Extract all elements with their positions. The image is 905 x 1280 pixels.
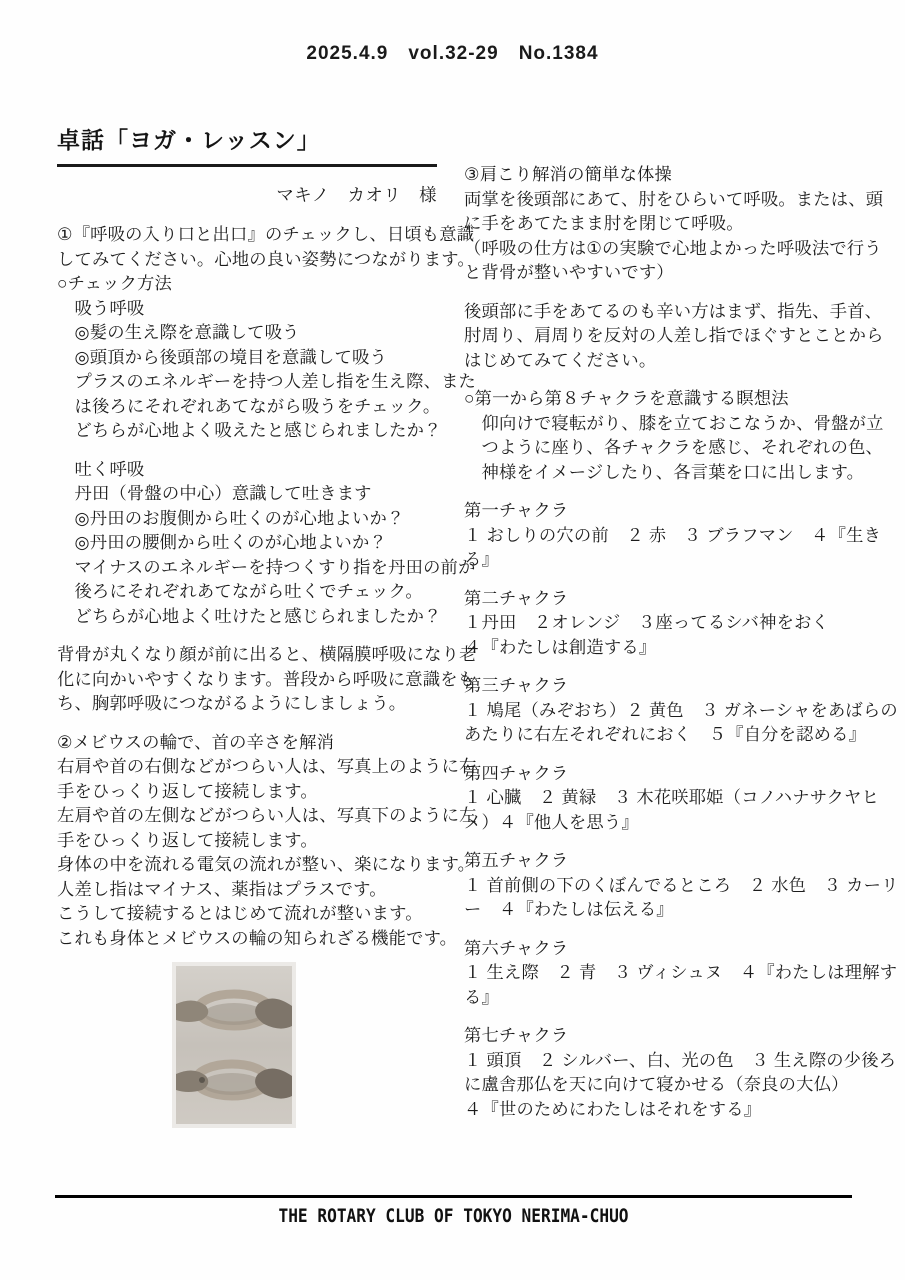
text-line: 吸う呼吸: [57, 296, 437, 321]
club-name: THE ROTARY CLUB OF TOKYO NERIMA-CHUO: [115, 1198, 792, 1227]
text-line: る』: [464, 547, 854, 572]
text-line: どちらが心地よく吐けたと感じられましたか？: [57, 604, 437, 629]
mobius-hands-photo: [172, 962, 296, 1128]
text-line: 後頭部に手をあてるのも辛い方はまず、指先、手首、: [464, 299, 854, 324]
text-line: 第五チャクラ: [464, 848, 854, 873]
text-line: ①『呼吸の入り口と出口』のチェックし、日頃も意識: [57, 222, 437, 247]
text-line: マイナスのエネルギーを持つくすり指を丹田の前か: [57, 555, 437, 580]
text-line: ◎頭頂から後頭部の境目を意識して吸う: [57, 345, 437, 370]
text-line: [464, 1009, 854, 1023]
text-line: 第三チャクラ: [464, 673, 854, 698]
left-column: 卓話「ヨガ・レッスン」 マキノ カオリ 様 ①『呼吸の入り口と出口』のチェックし…: [57, 0, 437, 1128]
text-line: ◎丹田の腰側から吐くのが心地よいか？: [57, 530, 437, 555]
text-line: 化に向かいやすくなります。普段から呼吸に意識をも: [57, 667, 437, 692]
text-line: プラスのエネルギーを持つ人差し指を生え際、また: [57, 369, 437, 394]
text-line: に手をあてたまま肘を閉じて呼吸。: [464, 211, 854, 236]
footer-rule: THE ROTARY CLUB OF TOKYO NERIMA-CHUO: [55, 1195, 852, 1227]
text-line: 仰向けで寝転がり、膝を立ておこなうか、骨盤が立: [464, 411, 854, 436]
text-line: [464, 834, 854, 848]
text-line: ４『世のためにわたしはそれをする』: [464, 1097, 854, 1122]
text-line: [57, 443, 437, 457]
text-line: 第七チャクラ: [464, 1023, 854, 1048]
text-line: [464, 572, 854, 586]
text-line: 第二チャクラ: [464, 586, 854, 611]
text-line: 丹田（骨盤の中心）意識して吐きます: [57, 481, 437, 506]
text-line: １ 頭頂 ２ シルバー、白、光の色 ３ 生え際の少後ろ: [464, 1048, 854, 1073]
text-line: 身体の中を流れる電気の流れが整い、楽になります。: [57, 852, 437, 877]
text-line: に盧舎那仏を天に向けて寝かせる（奈良の大仏）: [464, 1072, 854, 1097]
left-column-text: ①『呼吸の入り口と出口』のチェックし、日頃も意識してみてください。心地の良い姿勢…: [57, 222, 437, 950]
text-line: ◎髪の生え際を意識して吸う: [57, 320, 437, 345]
text-line: １ 首前側の下のくぼんでるところ ２ 水色 ３ カーリ: [464, 873, 854, 898]
text-line: １ おしりの穴の前 ２ 赤 ３ ブラフマン ４『生き: [464, 523, 854, 548]
text-line: １ 生え際 ２ 青 ３ ヴィシュヌ ４『わたしは理解す: [464, 960, 854, 985]
text-line: ち、胸郭呼吸につながるようにしましょう。: [57, 691, 437, 716]
text-line: してみてください。心地の良い姿勢につながります。: [57, 247, 437, 272]
article-title: 卓話「ヨガ・レッスン」: [57, 122, 437, 167]
text-line: こうして接続するとはじめて流れが整います。: [57, 901, 437, 926]
text-line: つように座り、各チャクラを感じ、それぞれの色、: [464, 435, 854, 460]
text-line: ー ４『わたしは伝える』: [464, 897, 854, 922]
text-line: １ 鳩尾（みぞおち）２ 黄色 ３ ガネーシャをあばらの: [464, 698, 854, 723]
text-line: 両掌を後頭部にあて、肘をひらいて呼吸。または、頭: [464, 187, 854, 212]
text-line: １ 心臓 ２ 黄緑 ３ 木花咲耶姫（コノハナサクヤヒ: [464, 785, 854, 810]
text-line: [57, 716, 437, 730]
main-content: 卓話「ヨガ・レッスン」 マキノ カオリ 様 ①『呼吸の入り口と出口』のチェックし…: [57, 0, 854, 1128]
text-line: 肘周り、肩周りを反対の人差し指でほぐすとことから: [464, 323, 854, 348]
text-line: [464, 922, 854, 936]
text-line: ③肩こり解消の簡単な体操: [464, 162, 854, 187]
text-line: 吐く呼吸: [57, 457, 437, 482]
text-line: あたりに右左それぞれにおく ５『自分を認める』: [464, 722, 854, 747]
text-line: ○第一から第８チャクラを意識する瞑想法: [464, 386, 854, 411]
text-line: る』: [464, 985, 854, 1010]
text-line: 後ろにそれぞれあてながら吐くでチェック。: [57, 579, 437, 604]
newsletter-page: 2025.4.9 vol.32-29 No.1384 卓話「ヨガ・レッスン」 マ…: [0, 0, 905, 1280]
text-line: [57, 628, 437, 642]
text-line: と背骨が整いやすいです）: [464, 260, 854, 285]
text-line: [464, 372, 854, 386]
text-line: 神様をイメージしたり、各言葉を口に出します。: [464, 460, 854, 485]
text-line: 左肩や首の左側などがつらい人は、写真下のように左: [57, 803, 437, 828]
text-line: [464, 285, 854, 299]
text-line: 背骨が丸くなり顔が前に出ると、横隔膜呼吸になり老: [57, 642, 437, 667]
text-line: [464, 484, 854, 498]
text-line: は後ろにそれぞれあてながら吸うをチェック。: [57, 394, 437, 419]
text-line: 第一チャクラ: [464, 498, 854, 523]
text-line: ②メビウスの輪で、首の辛さを解消: [57, 730, 437, 755]
text-line: [464, 659, 854, 673]
text-line: １丹田 ２オレンジ ３座ってるシバ神をおく: [464, 610, 854, 635]
text-line: 第六チャクラ: [464, 936, 854, 961]
text-line: 手をひっくり返して接続します。: [57, 779, 437, 804]
text-line: 第四チャクラ: [464, 761, 854, 786]
text-line: 手をひっくり返して接続します。: [57, 828, 437, 853]
speaker-name: マキノ カオリ 様: [57, 181, 437, 206]
text-line: ４『わたしは創造する』: [464, 635, 854, 660]
text-line: [464, 747, 854, 761]
text-line: どちらが心地よく吸えたと感じられましたか？: [57, 418, 437, 443]
text-line: ◎丹田のお腹側から吐くのが心地よいか？: [57, 506, 437, 531]
text-line: （呼吸の仕方は①の実験で心地よかった呼吸法で行う: [464, 236, 854, 261]
text-line: ○チェック方法: [57, 271, 437, 296]
right-column: ③肩こり解消の簡単な体操両掌を後頭部にあて、肘をひらいて呼吸。または、頭に手をあ…: [464, 0, 854, 1128]
text-line: 人差し指はマイナス、薬指はプラスです。: [57, 877, 437, 902]
text-line: メ）４『他人を思う』: [464, 810, 854, 835]
text-line: 右肩や首の右側などがつらい人は、写真上のように右: [57, 754, 437, 779]
text-line: はじめてみてください。: [464, 348, 854, 373]
right-column-text: ③肩こり解消の簡単な体操両掌を後頭部にあて、肘をひらいて呼吸。または、頭に手をあ…: [464, 162, 854, 1121]
text-line: これも身体とメビウスの輪の知られざる機能です。: [57, 926, 437, 951]
